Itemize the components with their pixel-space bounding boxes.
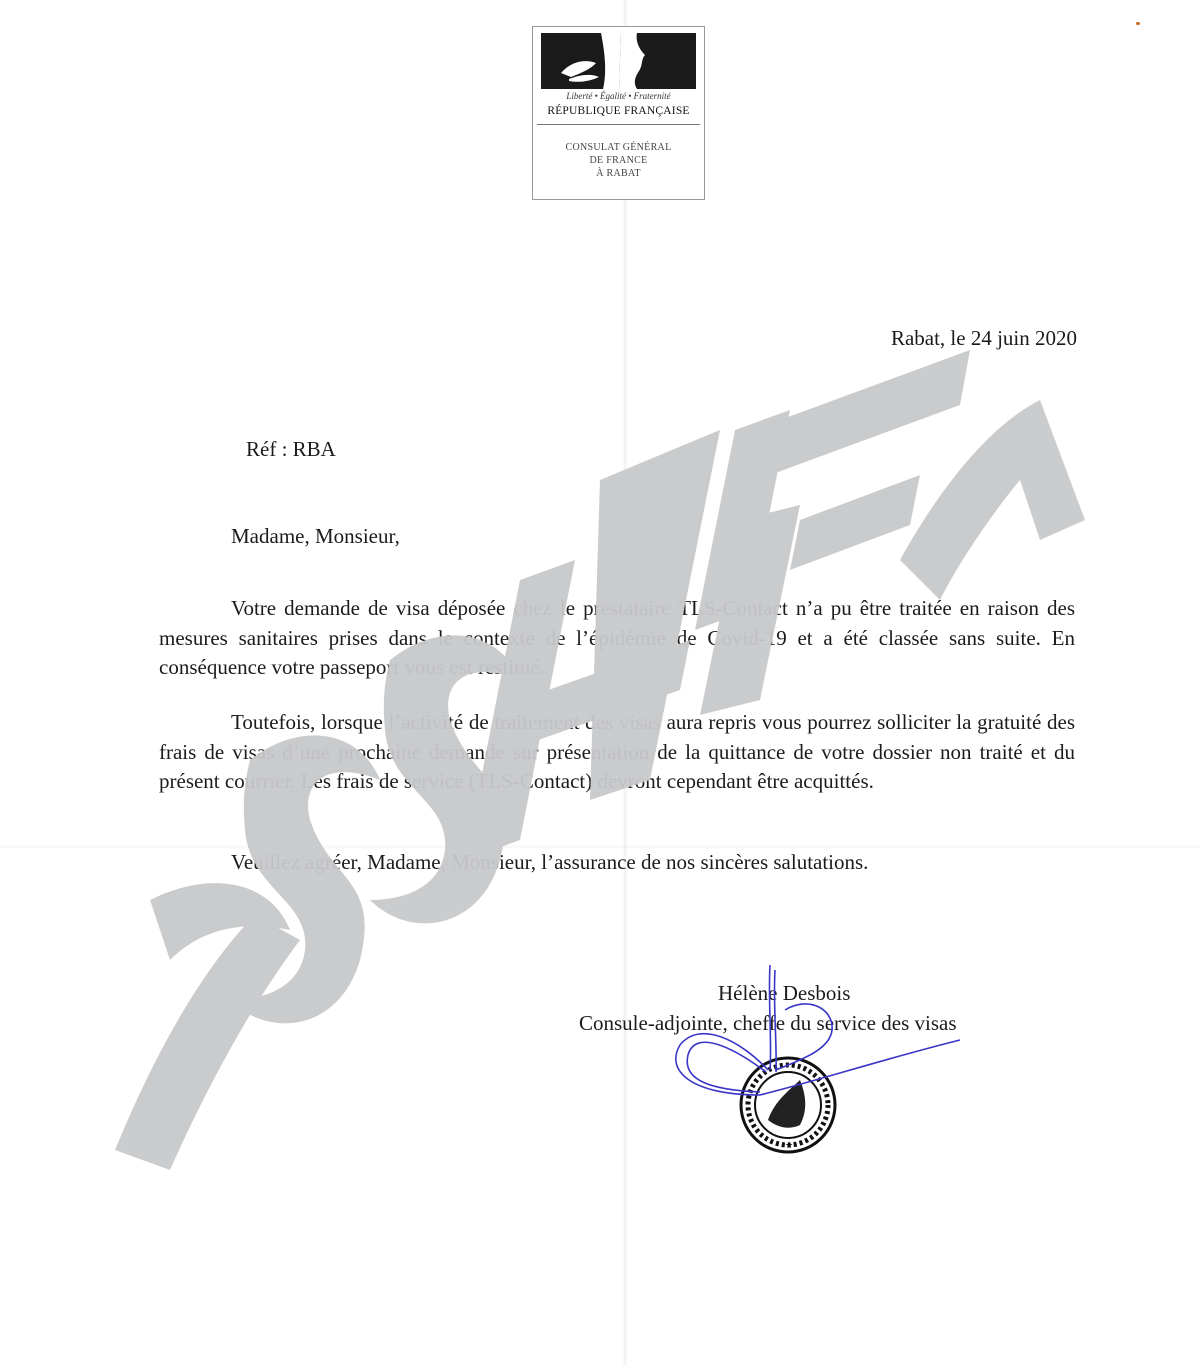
logo-divider xyxy=(537,124,700,125)
official-stamp-icon: ★ xyxy=(741,1058,835,1152)
issuer-block: CONSULAT GÉNÉRAL DE FRANCE À RABAT xyxy=(533,141,704,180)
signatory-title: Consule-adjointe, cheffe du service des … xyxy=(579,1011,957,1036)
watermark xyxy=(0,0,1200,1365)
body-paragraph: Toutefois, lorsque l’activité de traitem… xyxy=(159,708,1075,797)
motto: Liberté • Égalité • Fraternité xyxy=(533,91,704,101)
svg-text:★: ★ xyxy=(785,1141,793,1151)
signatory-name: Hélène Desbois xyxy=(718,981,850,1006)
marianne-logo-icon xyxy=(541,33,696,89)
issuer-line: DE FRANCE xyxy=(533,154,704,167)
closing-formula: Veuillez agréer, Madame, Monsieur, l’ass… xyxy=(231,850,868,875)
reference: Réf : RBA xyxy=(246,437,336,462)
issuer-line: CONSULAT GÉNÉRAL xyxy=(533,141,704,154)
paper-speck xyxy=(1136,22,1140,25)
body-paragraph: Votre demande de visa déposée chez le pr… xyxy=(159,594,1075,683)
date-line: Rabat, le 24 juin 2020 xyxy=(891,326,1077,351)
paper-fold-vertical xyxy=(622,0,628,1365)
signature-and-stamp: ★ xyxy=(0,0,1200,1365)
letterhead-logo: Liberté • Égalité • Fraternité RÉPUBLIQU… xyxy=(532,26,705,200)
salutation: Madame, Monsieur, xyxy=(231,524,400,549)
republic-name: RÉPUBLIQUE FRANÇAISE xyxy=(533,105,704,117)
paper-fold-horizontal xyxy=(0,845,1200,849)
issuer-line: À RABAT xyxy=(533,167,704,180)
